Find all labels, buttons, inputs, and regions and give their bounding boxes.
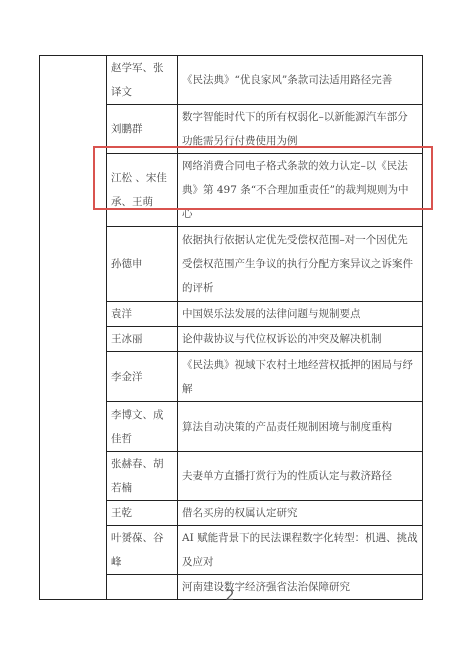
author-cell: 李金洋 bbox=[107, 352, 178, 402]
title-cell: 中国娱乐法发展的法律问题与规制要点 bbox=[178, 302, 423, 327]
title-cell: 论仲裁协议与代位权诉讼的冲突及解决机制 bbox=[178, 327, 423, 352]
papers-table: 赵学军、张译文《民法典》“优良家风”条款司法适用路径完善刘鹏群数字智能时代下的所… bbox=[39, 55, 423, 600]
category-cell bbox=[40, 56, 107, 600]
author-cell: 赵学军、张译文 bbox=[107, 56, 178, 105]
author-cell: 孙德申 bbox=[107, 227, 178, 302]
author-cell: 王乾 bbox=[107, 501, 178, 526]
title-cell: 数字智能时代下的所有权弱化–以新能源汽车部分功能需另行付费使用为例 bbox=[178, 105, 423, 154]
title-cell: 《民法典》视域下农村土地经营权抵押的困局与纾解 bbox=[178, 352, 423, 402]
author-cell: 叶赟葆、谷峰 bbox=[107, 526, 178, 575]
document-page: 赵学军、张译文《民法典》“优良家风”条款司法适用路径完善刘鹏群数字智能时代下的所… bbox=[0, 0, 460, 650]
title-cell: 夫妻单方直播打赏行为的性质认定与救济路径 bbox=[178, 452, 423, 501]
author-cell: 刘鹏群 bbox=[107, 105, 178, 154]
author-cell: 江松 、宋佳承、王萌 bbox=[107, 154, 178, 227]
title-cell: 借名买房的权属认定研究 bbox=[178, 501, 423, 526]
author-cell: 王冰丽 bbox=[107, 327, 178, 352]
author-cell: 李博文、成佳哲 bbox=[107, 402, 178, 452]
title-cell: AI 赋能背景下的民法课程数字化转型：机遇、挑战及应对 bbox=[178, 526, 423, 575]
title-cell: 依据执行依据认定优先受偿权范围–对一个因优先受偿权范围产生争议的执行分配方案异议… bbox=[178, 227, 423, 302]
page-number: 2 bbox=[0, 588, 460, 604]
author-cell: 张赫春、胡若楠 bbox=[107, 452, 178, 501]
title-cell: 《民法典》“优良家风”条款司法适用路径完善 bbox=[178, 56, 423, 105]
title-cell: 算法自动决策的产品责任规制困境与制度重构 bbox=[178, 402, 423, 452]
table-row: 赵学军、张译文《民法典》“优良家风”条款司法适用路径完善 bbox=[40, 56, 423, 105]
author-cell: 袁洋 bbox=[107, 302, 178, 327]
title-cell: 网络消费合同电子格式条款的效力认定–以《民法典》第 497 条“不合理加重责任”… bbox=[178, 154, 423, 227]
